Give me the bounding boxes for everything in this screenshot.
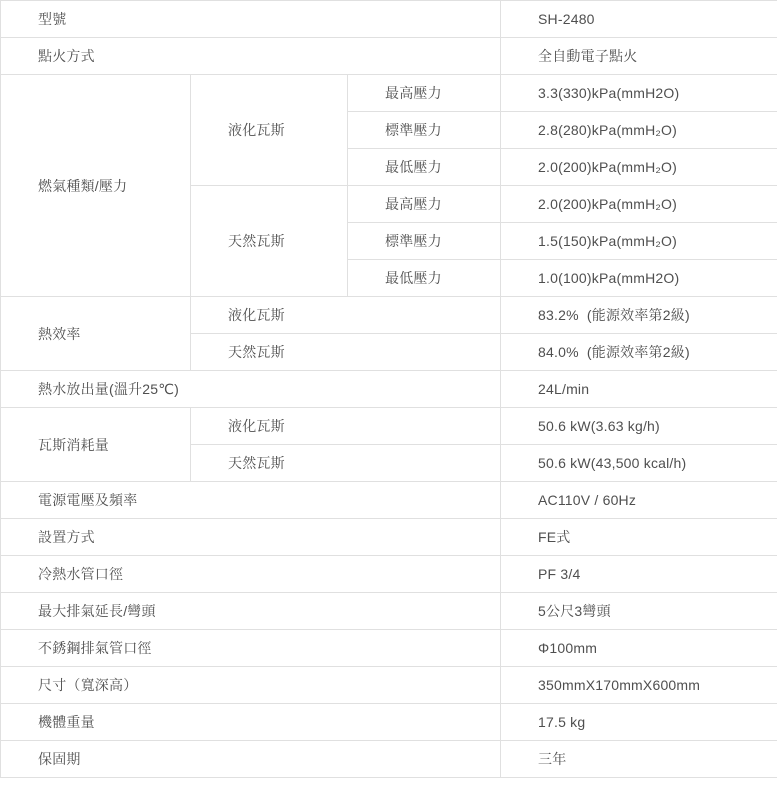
spec-label-installation: 設置方式 [1,519,501,556]
table-row-max-exhaust-extension: 最大排氣延長/彎頭 5公尺3彎頭 [1,593,777,630]
table-row-hot-water-output: 熱水放出量(溫升25℃) 24L/min [1,371,777,408]
spec-label-ignition: 點火方式 [1,38,501,75]
spec-value-efficiency-natural: 84.0% (能源效率第2級) [501,334,777,371]
table-row-model: 型號 SH-2480 [1,1,777,38]
spec-label-warranty: 保固期 [1,741,501,778]
spec-value-exhaust-pipe-diameter: Φ100mm [501,630,777,667]
spec-value-natural-std-pressure: 1.5(150)kPa(mmH₂O) [501,223,777,260]
spec-label-dimensions: 尺寸（寬深高） [1,667,501,704]
table-row-dimensions: 尺寸（寬深高） 350mmX170mmX600mm [1,667,777,704]
spec-sublabel-natural-std-pressure: 標準壓力 [348,223,501,260]
table-row-ignition: 點火方式 全自動電子點火 [1,38,777,75]
spec-value-gas-consumption-lpg: 50.6 kW(3.63 kg/h) [501,408,777,445]
spec-value-max-exhaust-extension: 5公尺3彎頭 [501,593,777,630]
spec-value-lpg-min-pressure: 2.0(200)kPa(mmH₂O) [501,149,777,186]
spec-sublabel-efficiency-natural: 天然瓦斯 [191,334,501,371]
table-row-warranty: 保固期 三年 [1,741,777,778]
table-row-efficiency-lpg: 熱效率 液化瓦斯 83.2% (能源效率第2級) [1,297,777,334]
spec-value-natural-min-pressure: 1.0(100)kPa(mmH2O) [501,260,777,297]
spec-value-warranty: 三年 [501,741,777,778]
spec-label-power: 電源電壓及頻率 [1,482,501,519]
table-row-exhaust-pipe-diameter: 不銹鋼排氣管口徑 Φ100mm [1,630,777,667]
spec-label-max-exhaust-extension: 最大排氣延長/彎頭 [1,593,501,630]
spec-label-weight: 機體重量 [1,704,501,741]
table-row-power: 電源電壓及頻率 AC110V / 60Hz [1,482,777,519]
spec-value-water-pipe-diameter: PF 3/4 [501,556,777,593]
spec-value-gas-consumption-natural: 50.6 kW(43,500 kcal/h) [501,445,777,482]
spec-sublabel-efficiency-lpg: 液化瓦斯 [191,297,501,334]
spec-value-weight: 17.5 kg [501,704,777,741]
table-row-weight: 機體重量 17.5 kg [1,704,777,741]
spec-label-efficiency: 熱效率 [1,297,191,371]
spec-table: 型號 SH-2480 點火方式 全自動電子點火 燃氣種類/壓力 液化瓦斯 最高壓… [0,0,777,778]
spec-sublabel-gas-consumption-lpg: 液化瓦斯 [191,408,501,445]
spec-value-power: AC110V / 60Hz [501,482,777,519]
table-row-installation: 設置方式 FE式 [1,519,777,556]
spec-sublabel-gas-pressure-natural: 天然瓦斯 [191,186,348,297]
spec-value-hot-water-output: 24L/min [501,371,777,408]
spec-value-dimensions: 350mmX170mmX600mm [501,667,777,704]
spec-label-water-pipe-diameter: 冷熱水管口徑 [1,556,501,593]
spec-label-gas-consumption: 瓦斯消耗量 [1,408,191,482]
spec-sublabel-natural-max-pressure: 最高壓力 [348,186,501,223]
spec-sublabel-lpg-max-pressure: 最高壓力 [348,75,501,112]
spec-sublabel-gas-consumption-natural: 天然瓦斯 [191,445,501,482]
spec-label-model: 型號 [1,1,501,38]
spec-sublabel-lpg-min-pressure: 最低壓力 [348,149,501,186]
spec-value-installation: FE式 [501,519,777,556]
spec-value-lpg-std-pressure: 2.8(280)kPa(mmH₂O) [501,112,777,149]
spec-sublabel-gas-pressure-lpg: 液化瓦斯 [191,75,348,186]
table-row-water-pipe-diameter: 冷熱水管口徑 PF 3/4 [1,556,777,593]
spec-value-ignition: 全自動電子點火 [501,38,777,75]
spec-label-gas-pressure: 燃氣種類/壓力 [1,75,191,297]
spec-sublabel-lpg-std-pressure: 標準壓力 [348,112,501,149]
table-row-gas-pressure-lpg-max: 燃氣種類/壓力 液化瓦斯 最高壓力 3.3(330)kPa(mmH2O) [1,75,777,112]
spec-value-model: SH-2480 [501,1,777,38]
spec-label-exhaust-pipe-diameter: 不銹鋼排氣管口徑 [1,630,501,667]
spec-label-hot-water-output: 熱水放出量(溫升25℃) [1,371,501,408]
spec-value-natural-max-pressure: 2.0(200)kPa(mmH₂O) [501,186,777,223]
spec-value-lpg-max-pressure: 3.3(330)kPa(mmH2O) [501,75,777,112]
spec-value-efficiency-lpg: 83.2% (能源效率第2級) [501,297,777,334]
table-row-gas-consumption-lpg: 瓦斯消耗量 液化瓦斯 50.6 kW(3.63 kg/h) [1,408,777,445]
spec-sublabel-natural-min-pressure: 最低壓力 [348,260,501,297]
